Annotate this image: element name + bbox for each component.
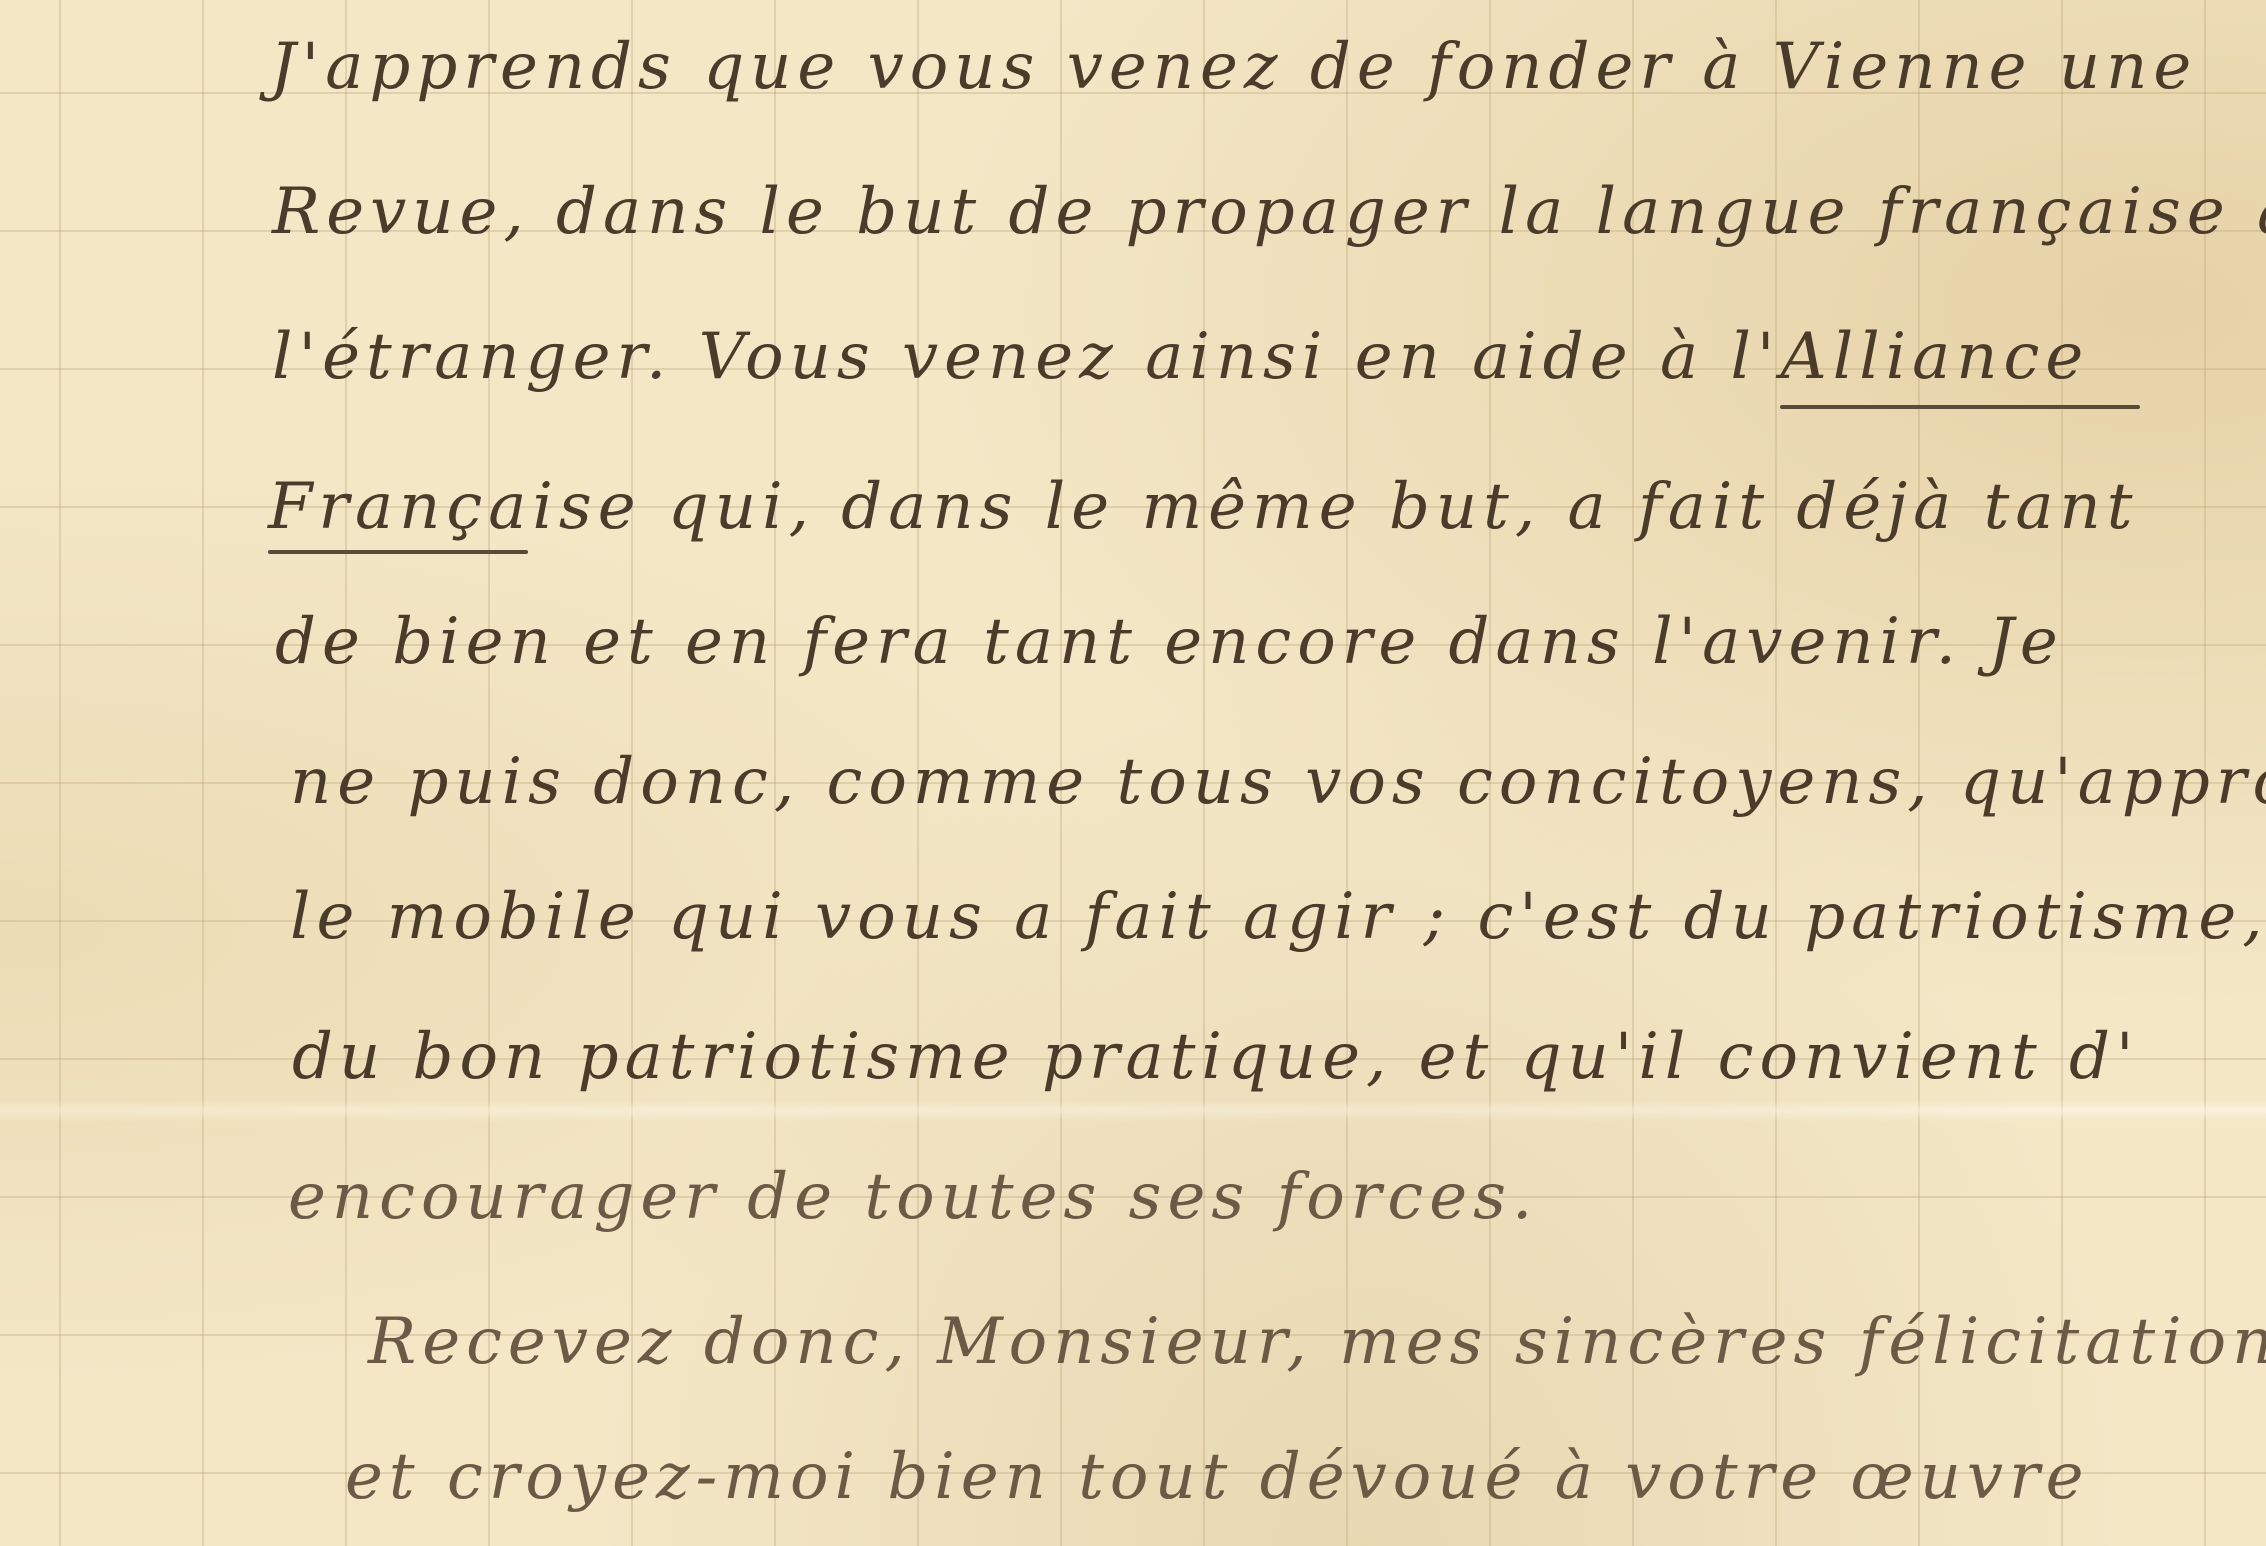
letter-line-10: Recevez donc, Monsieur, mes sincères fél… [368,1305,2266,1379]
letter-line-4: Française qui, dans le même but, a fait … [268,470,2138,544]
letter-line-8: du bon patriotisme pratique, et qu'il co… [292,1020,2140,1094]
letter-page: J'apprends que vous venez de fonder à Vi… [0,0,2266,1546]
underline-francaise [268,550,528,554]
letter-line-2: Revue, dans le but de propager la langue… [272,175,2266,249]
letter-line-5: de bien et en fera tant encore dans l'av… [275,605,2064,679]
letter-line-6: ne puis donc, comme tous vos concitoyens… [290,745,2266,819]
letter-line-9: encourager de toutes ses forces. [288,1160,1538,1234]
underline-alliance [1780,405,2140,409]
letter-line-11: et croyez-moi bien tout dévoué à votre œ… [345,1440,2090,1514]
letter-line-1: J'apprends que vous venez de fonder à Vi… [270,30,2197,104]
letter-line-7: le mobile qui vous a fait agir ; c'est d… [290,880,2266,954]
letter-line-3: l'étranger. Vous venez ainsi en aide à l… [272,320,2089,394]
